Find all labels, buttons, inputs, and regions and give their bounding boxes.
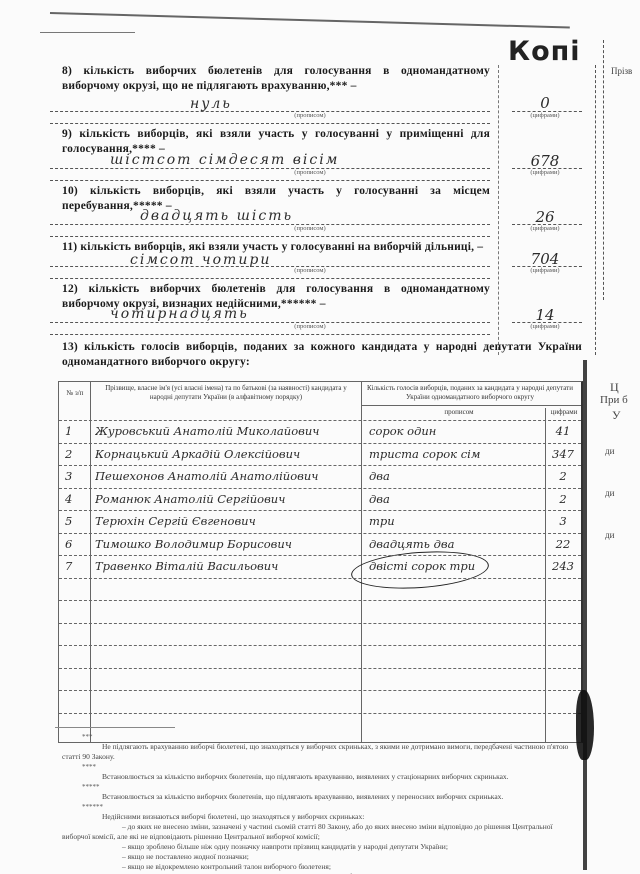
side-margin-rule bbox=[603, 40, 605, 300]
candidate-name: Тимошко Володимир Борисович bbox=[95, 537, 359, 551]
footnote-text: Встановлюється за кількістю виборчих бюл… bbox=[62, 772, 572, 782]
row-divider bbox=[59, 713, 581, 714]
caption-words: (прописом) bbox=[280, 225, 340, 232]
row-number: 2 bbox=[65, 447, 87, 461]
header-votes: Кількість голосів виборців, поданих за к… bbox=[365, 384, 575, 402]
votes-digits: 347 bbox=[547, 447, 579, 461]
votes-words: триста сорок сім bbox=[369, 447, 541, 461]
row-divider bbox=[59, 668, 581, 669]
underline bbox=[50, 266, 490, 267]
candidates-table: № з/п Прізвище, власне ім'я (усі власні … bbox=[58, 381, 583, 743]
votes-words: два bbox=[369, 469, 541, 483]
footnote-text: Недійсними визнаються виборчі бюлетені, … bbox=[62, 812, 572, 822]
row-divider bbox=[59, 645, 581, 646]
invalid-reason: – якщо зроблено більше ніж одну позначку… bbox=[62, 842, 572, 852]
footnote-marker: ***** bbox=[82, 782, 572, 792]
separator bbox=[50, 180, 490, 181]
row-divider bbox=[59, 690, 581, 691]
side-label: При б bbox=[600, 394, 628, 406]
header-divider bbox=[361, 405, 581, 406]
underline bbox=[50, 224, 490, 225]
footnotes: ***Не підлягають врахуванню виборчі бюле… bbox=[62, 732, 572, 874]
scan-edge-line bbox=[50, 12, 570, 29]
scan-edge-line bbox=[40, 32, 135, 33]
footnote-marker: ****** bbox=[82, 802, 572, 812]
side-label: ди bbox=[605, 446, 614, 456]
row-number: 3 bbox=[65, 469, 87, 483]
row-number: 4 bbox=[65, 492, 87, 506]
caption-digits: (цифрами) bbox=[515, 267, 575, 274]
row-number: 1 bbox=[65, 424, 87, 438]
col-divider bbox=[90, 382, 91, 742]
votes-digits: 2 bbox=[547, 492, 579, 506]
candidate-name: Терюхін Сергій Євгенович bbox=[95, 514, 359, 528]
item-12-words: чотирнадцять bbox=[110, 306, 249, 322]
row-divider bbox=[59, 465, 581, 466]
row-number: 6 bbox=[65, 537, 87, 551]
row-number: 5 bbox=[65, 514, 87, 528]
header-digits: цифрами bbox=[547, 408, 581, 417]
row-divider bbox=[59, 420, 581, 421]
item-9-words: шістсот сімдесят вісім bbox=[110, 152, 339, 168]
caption-words: (прописом) bbox=[280, 169, 340, 176]
row-divider bbox=[59, 555, 581, 556]
header-words: прописом bbox=[399, 408, 519, 417]
copy-stamp: Копі bbox=[508, 36, 581, 67]
side-label: У bbox=[612, 408, 621, 423]
votes-words: двісті сорок три bbox=[369, 559, 541, 573]
invalid-reason: – якщо не відокремлено контрольний талон… bbox=[62, 862, 572, 872]
header-name: Прізвище, власне ім'я (усі власні імена)… bbox=[95, 384, 357, 402]
footnote-text: Не підлягають врахуванню виборчі бюлетен… bbox=[62, 742, 572, 762]
caption-digits: (цифрами) bbox=[515, 169, 575, 176]
header-number: № з/п bbox=[61, 389, 89, 398]
row-divider bbox=[59, 623, 581, 624]
candidate-name: Травенко Віталій Васильович bbox=[95, 559, 359, 573]
underline bbox=[50, 168, 490, 169]
row-divider bbox=[59, 578, 581, 579]
row-divider bbox=[59, 600, 581, 601]
side-label: Прізв bbox=[611, 66, 632, 76]
underline bbox=[50, 322, 490, 323]
votes-words: три bbox=[369, 514, 541, 528]
underline bbox=[50, 111, 490, 112]
invalid-reason: – до яких не внесено зміни, зазначені у … bbox=[62, 822, 572, 842]
votes-words: два bbox=[369, 492, 541, 506]
item-8-words: нуль bbox=[190, 96, 232, 112]
votes-digits: 22 bbox=[547, 537, 579, 551]
side-label: ди bbox=[605, 530, 614, 540]
candidate-name: Пешехонов Анатолій Анатолійович bbox=[95, 469, 359, 483]
footnote-text: Встановлюється за кількістю виборчих бюл… bbox=[62, 792, 572, 802]
separator bbox=[50, 334, 490, 335]
row-number: 7 bbox=[65, 559, 87, 573]
votes-words: двадцять два bbox=[369, 537, 541, 551]
row-divider bbox=[59, 488, 581, 489]
invalid-reason: – якщо не поставлено жодної позначки; bbox=[62, 852, 572, 862]
votes-digits: 3 bbox=[547, 514, 579, 528]
row-divider bbox=[59, 533, 581, 534]
caption-words: (прописом) bbox=[280, 267, 340, 274]
votes-words: сорок один bbox=[369, 424, 541, 438]
item-8-digits: 0 bbox=[515, 94, 575, 112]
item-8-label: 8) кількість виборчих бюлетенів для голо… bbox=[62, 64, 490, 94]
side-label: ди bbox=[605, 488, 614, 498]
scan-edge-bar bbox=[583, 360, 587, 870]
footnote-rule bbox=[55, 727, 175, 728]
caption-digits: (цифрами) bbox=[515, 323, 575, 330]
ink-blot bbox=[576, 690, 594, 760]
item-11-label: 11) кількість виборців, які взяли участь… bbox=[62, 240, 490, 255]
col-divider bbox=[545, 408, 546, 742]
caption-digits: (цифрами) bbox=[515, 112, 575, 119]
item-13-label: 13) кількість голосів виборців, поданих … bbox=[62, 340, 582, 370]
separator bbox=[50, 236, 490, 237]
separator bbox=[50, 123, 490, 124]
caption-words: (прописом) bbox=[280, 112, 340, 119]
footnote-marker: **** bbox=[82, 762, 572, 772]
votes-digits: 2 bbox=[547, 469, 579, 483]
votes-digits: 243 bbox=[547, 559, 579, 573]
votes-digits: 41 bbox=[547, 424, 579, 438]
side-label: Ц bbox=[610, 380, 619, 395]
row-divider bbox=[59, 510, 581, 511]
separator bbox=[50, 278, 490, 279]
candidate-name: Журовський Анатолій Миколайович bbox=[95, 424, 359, 438]
row-divider bbox=[59, 443, 581, 444]
caption-digits: (цифрами) bbox=[515, 225, 575, 232]
candidate-name: Романюк Анатолій Сергійович bbox=[95, 492, 359, 506]
col-divider bbox=[361, 382, 362, 742]
footnote-marker: *** bbox=[82, 732, 572, 742]
caption-words: (прописом) bbox=[280, 323, 340, 330]
item-10-words: двадцять шість bbox=[140, 208, 293, 224]
candidate-name: Корнацький Аркадій Олексійович bbox=[95, 447, 359, 461]
